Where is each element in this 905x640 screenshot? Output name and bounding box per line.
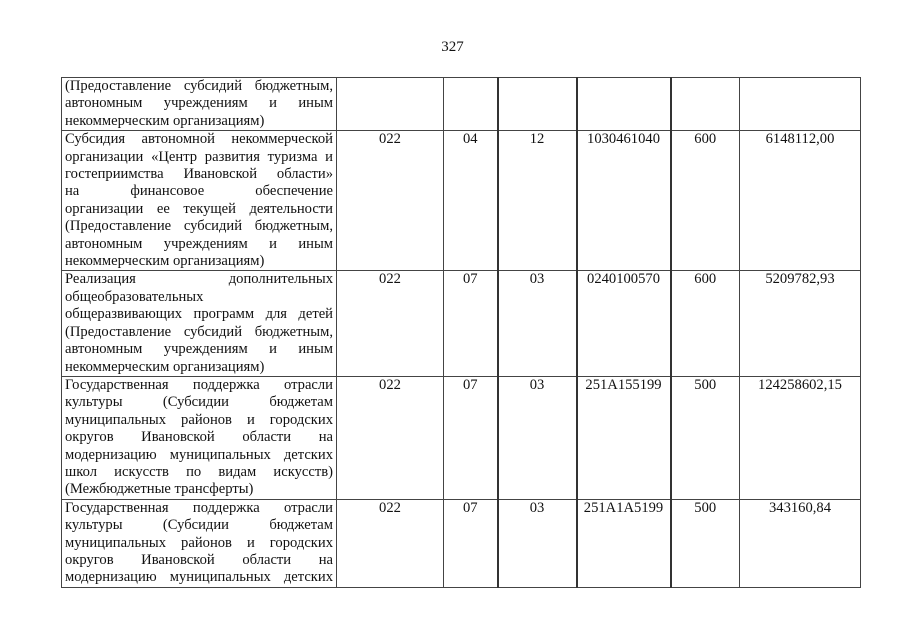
- description-line: организации «Центр развития туризма и: [65, 149, 333, 166]
- description-line: Государственная поддержка отрасли: [65, 500, 333, 517]
- description-cell: Субсидия автономной некоммерческойоргани…: [62, 131, 337, 271]
- target-article-cell: 251A1A5199: [577, 499, 671, 587]
- description-cell: (Предоставление субсидий бюджетным,автон…: [62, 78, 337, 131]
- description-line: автономным учреждениям и иным: [65, 341, 333, 358]
- description-line: общеразвивающих программ для детей: [65, 306, 333, 323]
- description-line: организации ее текущей деятельности: [65, 201, 333, 218]
- grbs-code-cell: 022: [337, 499, 444, 587]
- description-line: модернизацию муниципальных детских: [65, 569, 333, 586]
- expense-type-cell: 600: [671, 131, 740, 271]
- subsection-cell: 03: [498, 499, 577, 587]
- description-line: некоммерческим организациям): [65, 253, 333, 270]
- budget-allocation-table: (Предоставление субсидий бюджетным,автон…: [61, 77, 861, 588]
- page-number: 327: [0, 38, 905, 56]
- section-cell: 04: [444, 131, 498, 271]
- description-line: Реализация дополнительных: [65, 271, 333, 288]
- subsection-cell: 03: [498, 376, 577, 499]
- section-cell: 07: [444, 271, 498, 376]
- description-cell: Реализация дополнительныхобщеобразовател…: [62, 271, 337, 376]
- description-line: муниципальных районов и городских: [65, 535, 333, 552]
- description-cell: Государственная поддержка отрасликультур…: [62, 499, 337, 587]
- section-cell: 07: [444, 499, 498, 587]
- section-cell: 07: [444, 376, 498, 499]
- grbs-code-cell: [337, 78, 444, 131]
- description-line: некоммерческим организациям): [65, 113, 333, 130]
- description-line: (Предоставление субсидий бюджетным,: [65, 324, 333, 341]
- table-row: Субсидия автономной некоммерческойоргани…: [62, 131, 861, 271]
- expense-type-cell: [671, 78, 740, 131]
- description-cell: Государственная поддержка отрасликультур…: [62, 376, 337, 499]
- description-line: культуры (Субсидии бюджетам: [65, 517, 333, 534]
- target-article-cell: [577, 78, 671, 131]
- grbs-code-cell: 022: [337, 271, 444, 376]
- amount-cell: 6148112,00: [740, 131, 861, 271]
- target-article-cell: 1030461040: [577, 131, 671, 271]
- description-line: автономным учреждениям и иным: [65, 95, 333, 112]
- amount-cell: 5209782,93: [740, 271, 861, 376]
- table-row: Государственная поддержка отрасликультур…: [62, 376, 861, 499]
- expense-type-cell: 500: [671, 376, 740, 499]
- description-line: школ искусств по видам искусств): [65, 464, 333, 481]
- amount-cell: [740, 78, 861, 131]
- target-article-cell: 0240100570: [577, 271, 671, 376]
- description-line: округов Ивановской области на: [65, 552, 333, 569]
- subsection-cell: [498, 78, 577, 131]
- description-line: модернизацию муниципальных детских: [65, 447, 333, 464]
- table-row: Государственная поддержка отрасликультур…: [62, 499, 861, 587]
- description-line: гостеприимства Ивановской области»: [65, 166, 333, 183]
- description-line: (Предоставление субсидий бюджетным,: [65, 218, 333, 235]
- description-line: некоммерческим организациям): [65, 359, 333, 376]
- table-row: Реализация дополнительныхобщеобразовател…: [62, 271, 861, 376]
- table-row: (Предоставление субсидий бюджетным,автон…: [62, 78, 861, 131]
- subsection-cell: 12: [498, 131, 577, 271]
- description-line: округов Ивановской области на: [65, 429, 333, 446]
- description-line: (Межбюджетные трансферты): [65, 481, 333, 498]
- expense-type-cell: 600: [671, 271, 740, 376]
- table-body: (Предоставление субсидий бюджетным,автон…: [62, 78, 861, 588]
- description-line: муниципальных районов и городских: [65, 412, 333, 429]
- subsection-cell: 03: [498, 271, 577, 376]
- description-line: (Предоставление субсидий бюджетным,: [65, 78, 333, 95]
- target-article-cell: 251A155199: [577, 376, 671, 499]
- description-line: общеобразовательных: [65, 289, 333, 306]
- expense-type-cell: 500: [671, 499, 740, 587]
- description-line: автономным учреждениям и иным: [65, 236, 333, 253]
- description-line: Государственная поддержка отрасли: [65, 377, 333, 394]
- description-line: культуры (Субсидии бюджетам: [65, 394, 333, 411]
- amount-cell: 343160,84: [740, 499, 861, 587]
- section-cell: [444, 78, 498, 131]
- grbs-code-cell: 022: [337, 131, 444, 271]
- amount-cell: 124258602,15: [740, 376, 861, 499]
- description-line: на финансовое обеспечение: [65, 183, 333, 200]
- description-line: Субсидия автономной некоммерческой: [65, 131, 333, 148]
- grbs-code-cell: 022: [337, 376, 444, 499]
